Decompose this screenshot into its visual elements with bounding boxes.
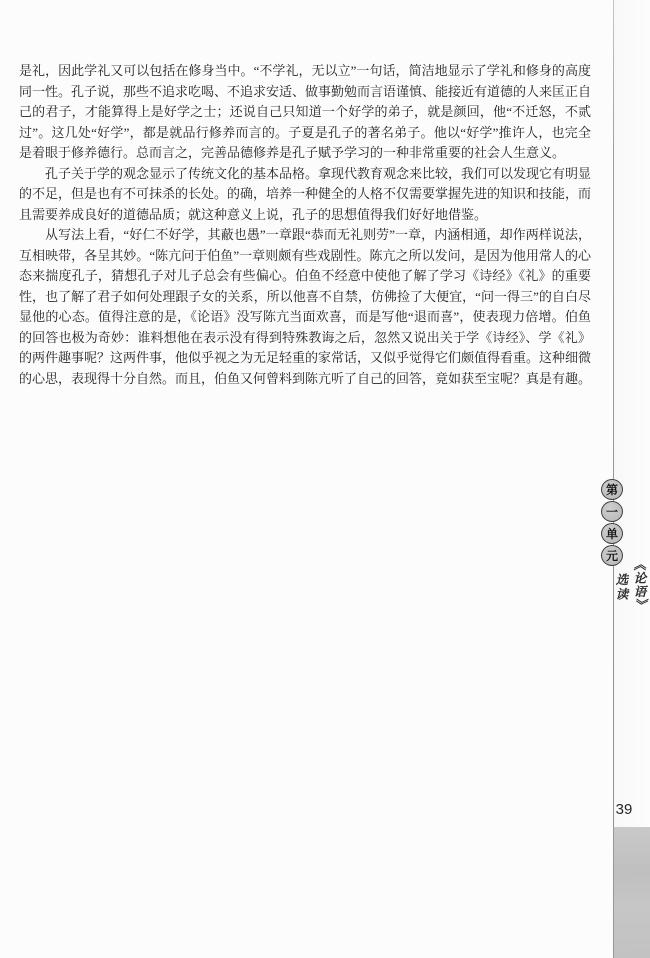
- book-title-vertical: 《论语》 选读: [612, 558, 648, 612]
- unit-badge-char: 第: [601, 479, 623, 500]
- paragraph: 孔子关于学的观念显示了传统文化的基本品格。拿现代教育观念来比较，我们可以发现它有…: [19, 164, 591, 226]
- paragraph: 从写法上看，“好仁不好学，其蔽也愚”一章跟“恭而无礼则劳”一章，内涵相通，却作两…: [19, 225, 591, 389]
- unit-badge: 第 一 单 元: [601, 479, 623, 566]
- unit-badge-char: 一: [601, 501, 623, 522]
- book-subtitle: 选读: [612, 573, 630, 602]
- book-page: 是礼，因此学礼又可以包括在修身当中。“不学礼，无以立”一句话，简洁地显示了学礼和…: [0, 0, 650, 958]
- body-text: 是礼，因此学礼又可以包括在修身当中。“不学礼，无以立”一句话，简洁地显示了学礼和…: [19, 61, 591, 389]
- page-edge-shading: [613, 827, 650, 958]
- page-number: 39: [610, 801, 638, 818]
- book-title: 《论语》: [630, 558, 648, 612]
- page-edge-hint: [614, 0, 650, 827]
- paragraph-continuation: 是礼，因此学礼又可以包括在修身当中。“不学礼，无以立”一句话，简洁地显示了学礼和…: [19, 61, 591, 164]
- unit-badge-char: 单: [601, 523, 623, 544]
